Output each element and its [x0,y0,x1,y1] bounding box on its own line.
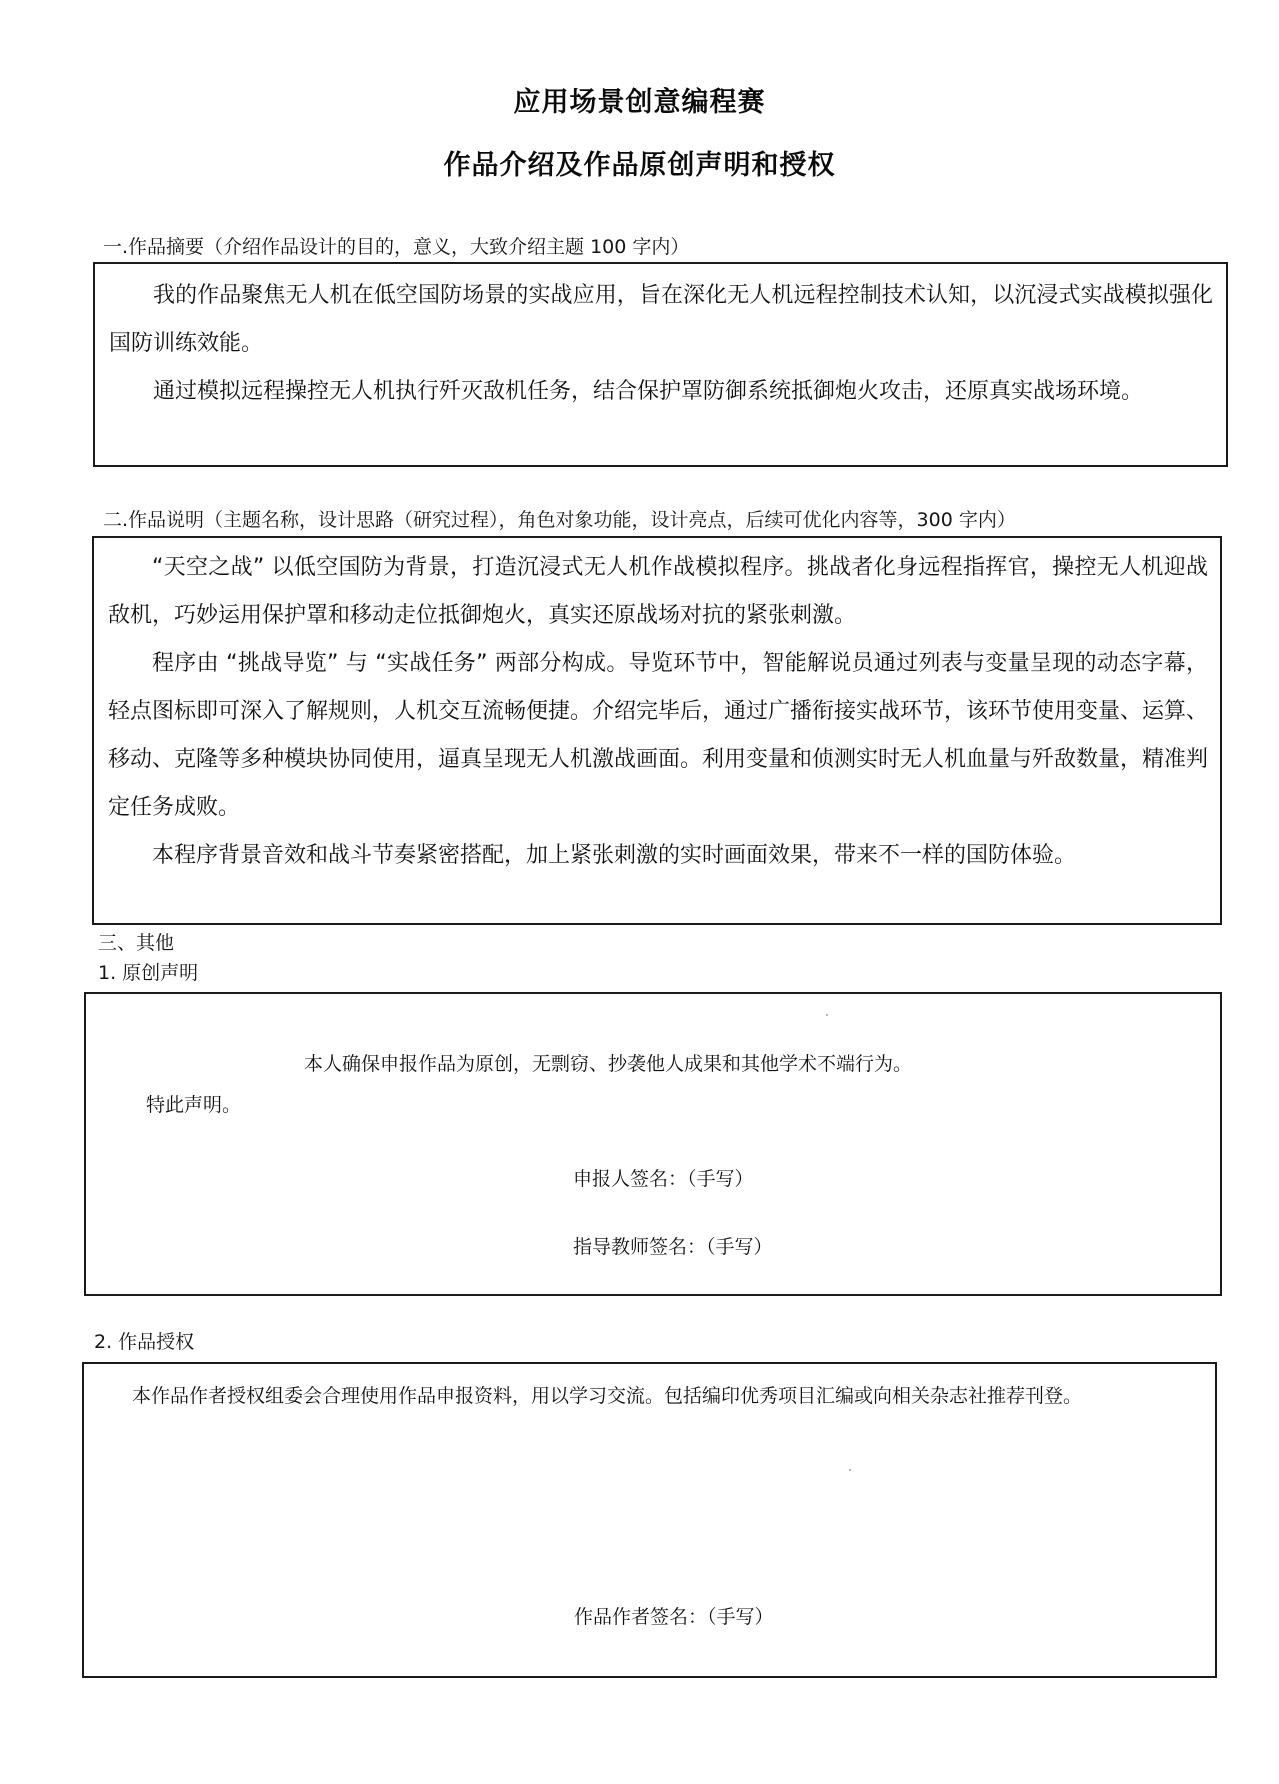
authorization-box: 本作品作者授权组委会合理使用作品申报资料，用以学习交流。包括编印优秀项目汇编或向… [82,1362,1217,1678]
document-title: 应用场景创意编程赛 [0,80,1279,119]
section2-heading: 二.作品说明（主题名称，设计思路（研究过程），角色对象功能，设计亮点，后续可优化… [103,505,1016,532]
originality-box: 本人确保申报作品为原创，无剽窃、抄袭他人成果和其他学术不端行为。 特此声明。 申… [84,992,1222,1296]
section2-paragraph-1: “天空之战” 以低空国防为背景，打造沉浸式无人机作战模拟程序。挑战者化身远程指挥… [108,544,1208,640]
author-signature-label: 作品作者签名：（手写） [574,1602,774,1629]
authorization-heading: 2. 作品授权 [94,1327,194,1354]
section3-heading: 三、其他 [98,928,174,955]
authorization-statement: 本作品作者授权组委会合理使用作品申报资料，用以学习交流。包括编印优秀项目汇编或向… [94,1380,1204,1412]
section1-paragraph-1: 我的作品聚焦无人机在低空国防场景的实战应用，旨在深化无人机远程控制技术认知，以沉… [109,272,1213,368]
section2-paragraph-3: 本程序背景音效和战斗节奏紧密搭配，加上紧张刺激的实时画面效果，带来不一样的国防体… [108,832,1208,880]
section1-heading: 一.作品摘要（介绍作品设计的目的，意义，大致介绍主题 100 字内） [103,232,689,259]
teacher-signature-label: 指导教师签名：（手写） [573,1232,773,1259]
originality-statement: 本人确保申报作品为原创，无剽窃、抄袭他人成果和其他学术不端行为。 [304,1049,912,1076]
document-subtitle: 作品介绍及作品原创声明和授权 [0,143,1279,182]
originality-heading: 1. 原创声明 [98,958,198,985]
section1-box: 我的作品聚焦无人机在低空国防场景的实战应用，旨在深化无人机远程控制技术认知，以沉… [93,262,1228,467]
originality-closing: 特此声明。 [146,1090,241,1117]
section2-paragraph-2: 程序由 “挑战导览” 与 “实战任务” 两部分构成。导览环节中，智能解说员通过列… [108,640,1208,832]
applicant-signature-label: 申报人签名：（手写） [573,1164,754,1191]
section2-box: “天空之战” 以低空国防为背景，打造沉浸式无人机作战模拟程序。挑战者化身远程指挥… [92,536,1222,925]
section1-paragraph-2: 通过模拟远程操控无人机执行歼灭敌机任务，结合保护罩防御系统抵御炮火攻击，还原真实… [109,368,1213,416]
